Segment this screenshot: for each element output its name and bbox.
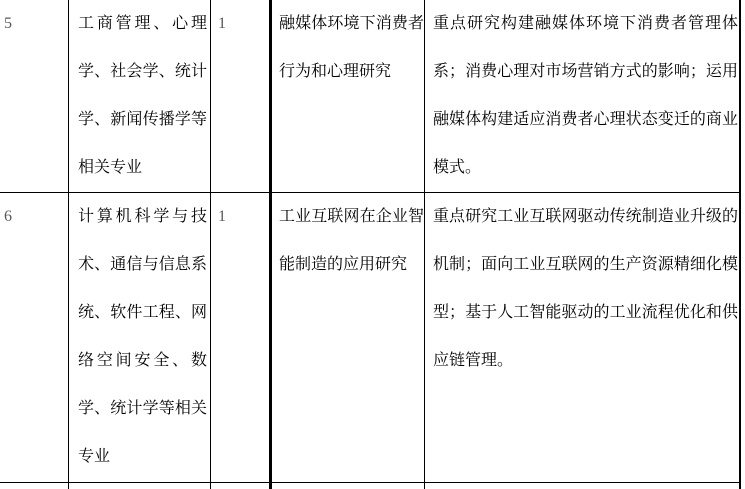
row-number-cell <box>0 483 69 489</box>
quota-cell <box>211 483 272 489</box>
topic-cell <box>272 483 425 489</box>
majors-cell: 工商管理、心理学、社会学、统计学、新闻传播学等相关专业 <box>69 0 211 192</box>
quota-cell: 1 <box>211 0 272 192</box>
quota-cell: 1 <box>211 193 272 482</box>
table-row: 6 计算机科学与技术、通信与信息系统、软件工程、网络空间安全、数学、统计学等相关… <box>0 193 741 483</box>
topic-cell: 工业互联网在企业智能制造的应用研究 <box>272 193 425 482</box>
majors-cell <box>69 483 211 489</box>
row-number-cell: 5 <box>0 0 69 192</box>
description-cell <box>425 483 741 489</box>
row-number-cell: 6 <box>0 193 69 482</box>
description-cell: 重点研究工业互联网驱动传统制造业升级的机制；面向工业互联网的生产资源精细化模型；… <box>425 193 741 482</box>
majors-cell: 计算机科学与技术、通信与信息系统、软件工程、网络空间安全、数学、统计学等相关专业 <box>69 193 211 482</box>
table-row: 5 工商管理、心理学、社会学、统计学、新闻传播学等相关专业 1 融媒体环境下消费… <box>0 0 741 193</box>
topic-cell: 融媒体环境下消费者行为和心理研究 <box>272 0 425 192</box>
description-cell: 重点研究构建融媒体环境下消费者管理体系；消费心理对市场营销方式的影响；运用融媒体… <box>425 0 741 192</box>
document-table-page: 5 工商管理、心理学、社会学、统计学、新闻传播学等相关专业 1 融媒体环境下消费… <box>0 0 745 489</box>
table-row-cutoff <box>0 483 741 489</box>
research-topics-table: 5 工商管理、心理学、社会学、统计学、新闻传播学等相关专业 1 融媒体环境下消费… <box>0 0 741 489</box>
